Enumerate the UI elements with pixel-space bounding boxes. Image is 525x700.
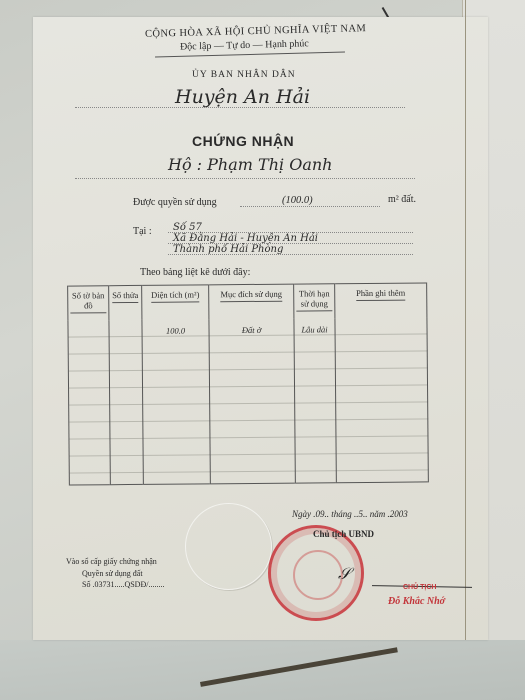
handwritten-signature: 𝒮 [338,564,350,584]
certificate-title: CHỨNG NHẬN [192,133,294,149]
purpose-cell: Đất ở [209,319,295,484]
embossed-seal [185,503,272,590]
page-fold [465,0,466,640]
column-header: Thời hạn sử dụng [294,284,335,319]
location-label: Tại : [133,226,152,237]
area-cell: 100.0 [142,319,210,484]
registry-line: Quyền sử dụng đất [82,569,143,578]
holder-dotted-line [75,177,415,179]
land-parcel-table: Số tờ bản đồ Số thửa Diện tích (m²) Mục … [67,282,429,485]
parcel-cell [109,320,143,485]
column-header: Mục đích sử dụng [209,284,294,319]
stamp-title: CHỦ TỊCH [403,584,436,591]
table-intro: Theo bảng liệt kê dưới đây: [140,267,250,278]
area-unit: m² đất. [388,194,416,205]
column-header: Phần ghi thêm [335,283,427,318]
column-header: Diện tích (m²) [142,285,209,320]
table-header-row: Số tờ bản đồ Số thửa Diện tích (m²) Mục … [68,283,427,321]
registry-line: Vào sổ cấp giấy chứng nhận [66,557,157,566]
map-sheet-cell [68,320,110,485]
area-value: (100.0) [282,195,313,206]
stamp-signer-name: Đỗ Khắc Nhớ [388,596,445,607]
registry-number: Số .03731.....QSDĐ/........ [82,580,164,589]
issue-date: Ngày .09.. tháng ..5.. năm .2003 [292,509,408,519]
signer-title: Chủ tịch UBND [313,529,374,539]
stamp-emblem-icon [293,550,343,600]
district-name: Huyện An Hải [175,86,310,108]
column-header: Số tờ bản đồ [68,286,109,321]
table-row: 100.0 Đất ở Lâu dài [68,317,428,485]
address-line: Xã Đằng Hải - Huyện An Hải [173,233,318,244]
holder-name: Hộ : Phạm Thị Oanh [168,155,332,174]
term-cell: Lâu dài [294,318,336,483]
use-right-label: Được quyền sử dụng [133,197,217,208]
district-dotted-line [75,106,405,108]
committee-label: ỦY BAN NHÂN DÂN [192,70,296,80]
notes-cell [335,317,428,482]
column-header: Số thửa [109,285,142,320]
address-line: Thành phố Hải Phòng [173,244,283,255]
address-line: Số 57 [173,222,202,233]
